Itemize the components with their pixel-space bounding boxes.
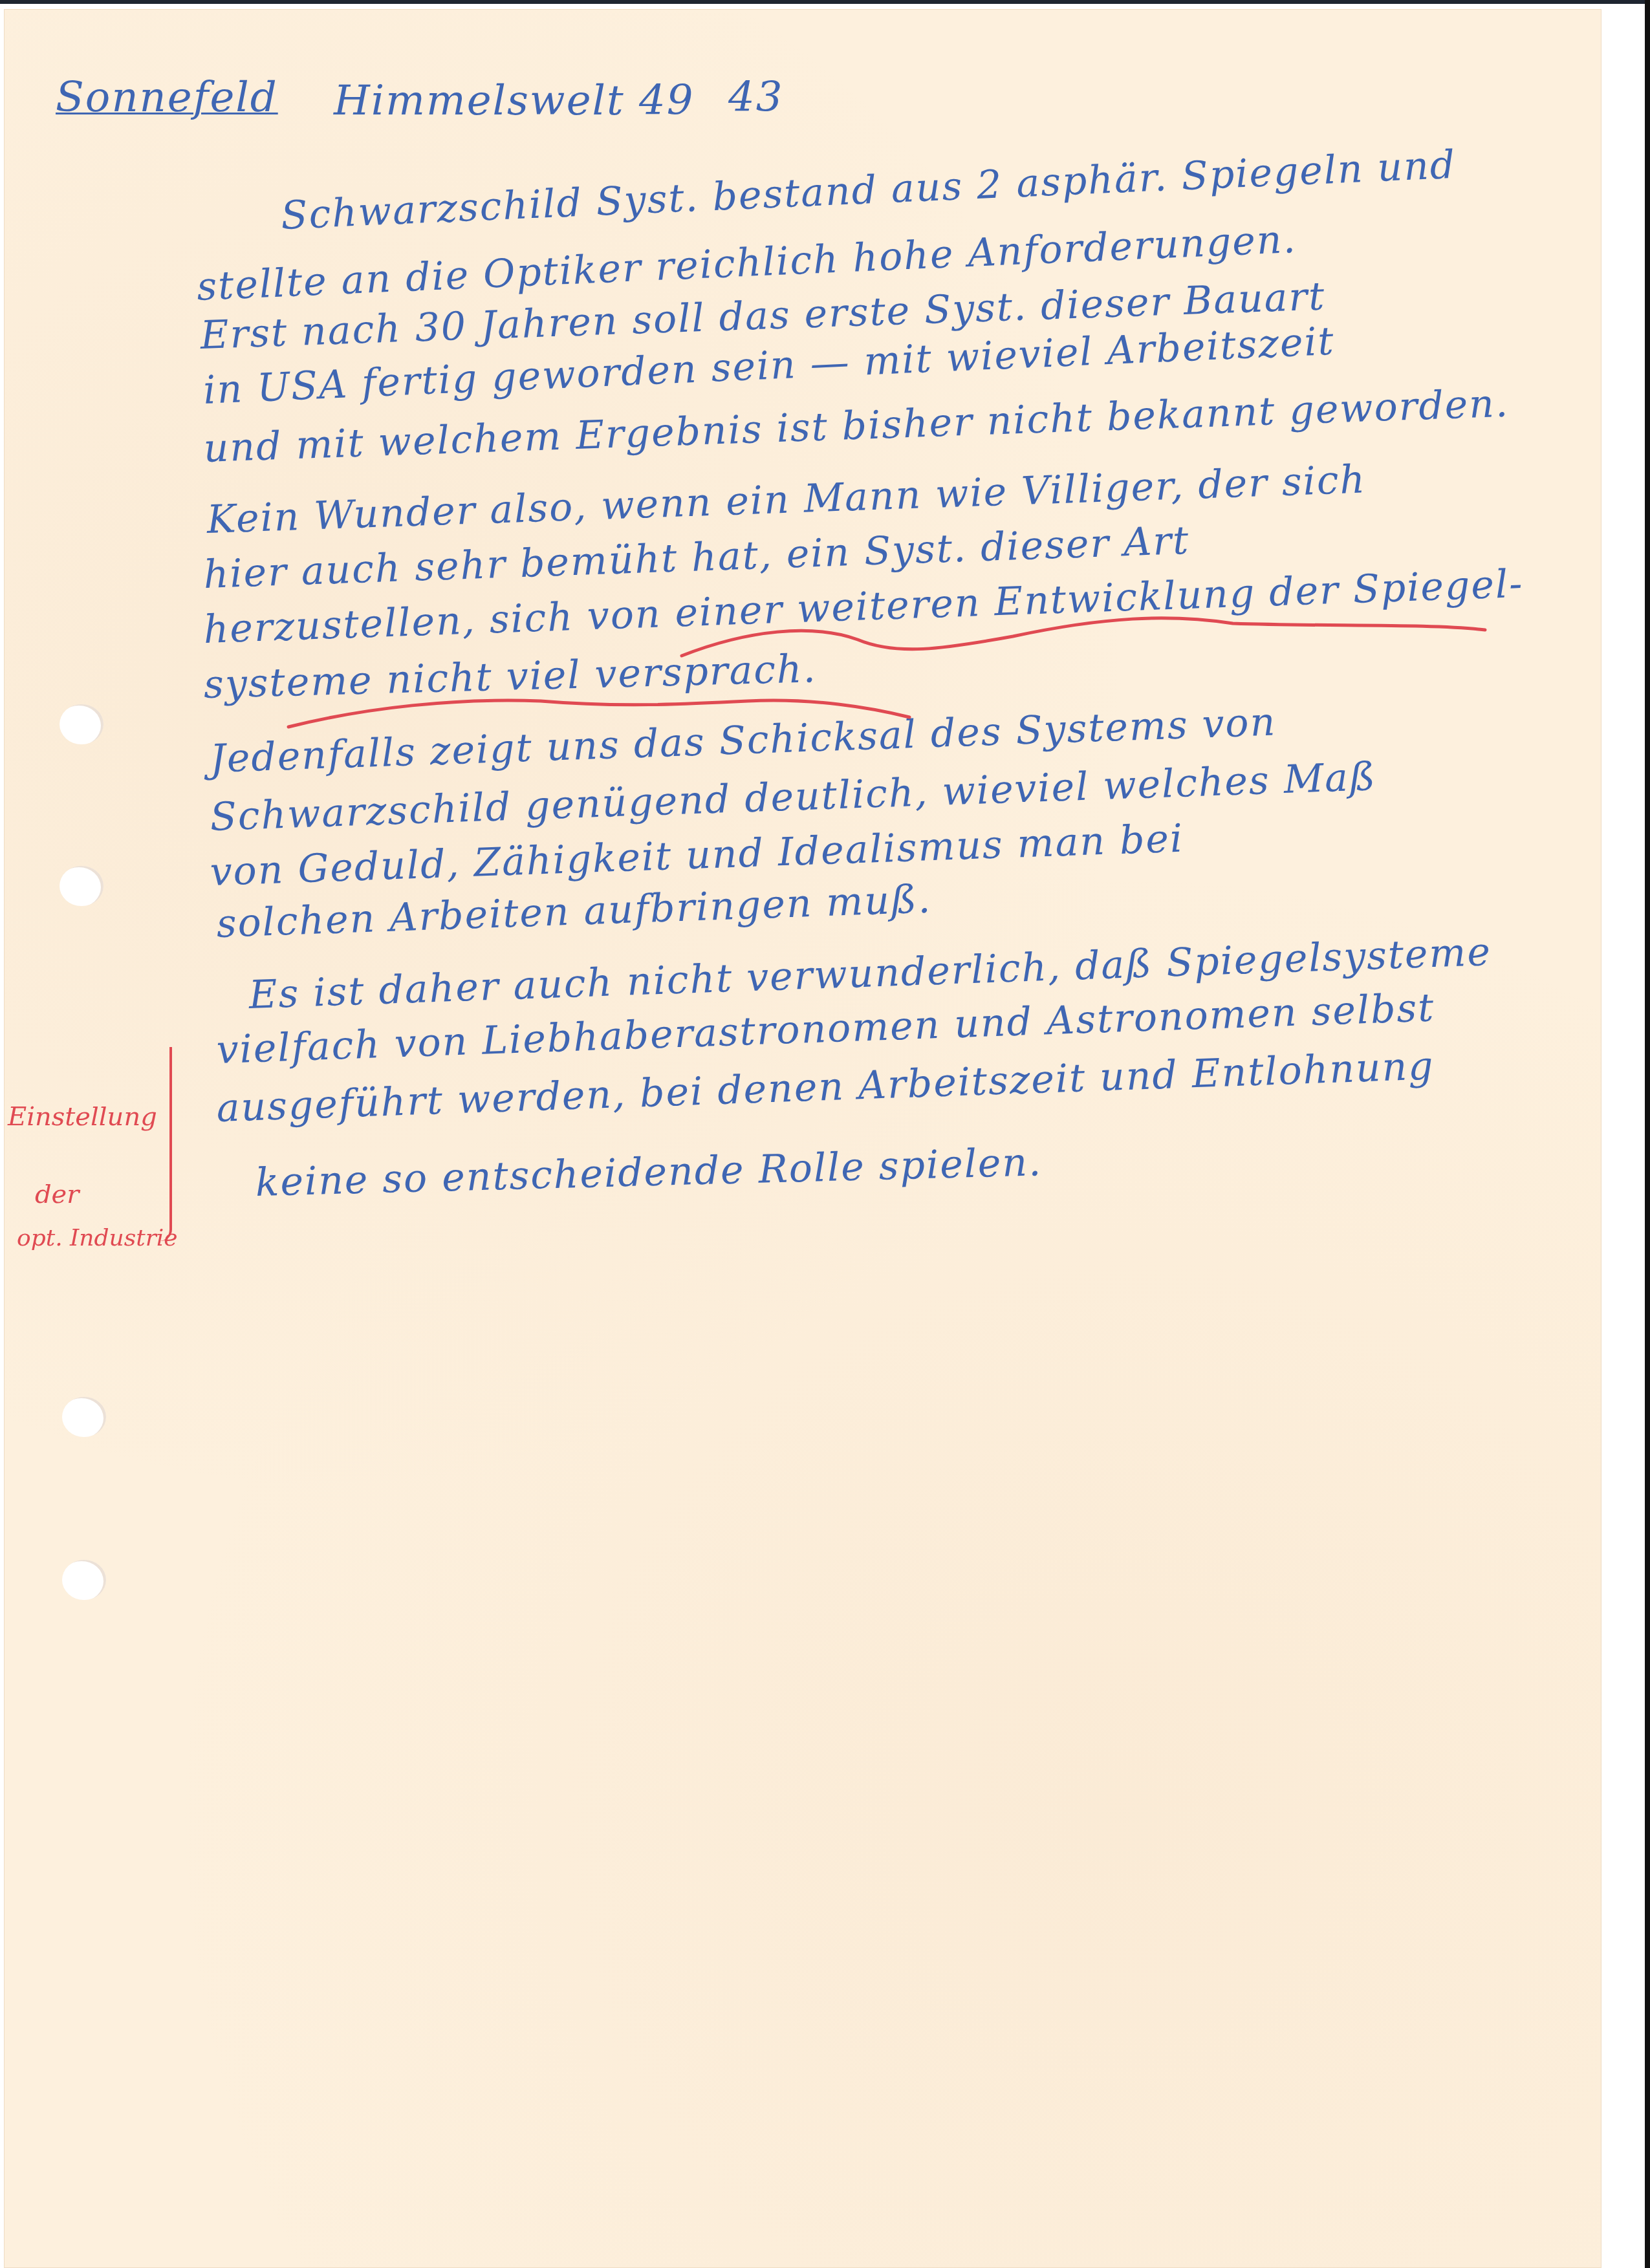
- text-line-6: Kein Wunder also, wenn ein Mann wie Vill…: [206, 457, 1367, 543]
- margin-note-line-1: Einstellung: [8, 1102, 157, 1132]
- punch-hole-1: [60, 704, 103, 744]
- margin-note-line-2: der: [35, 1180, 79, 1209]
- text-line-9: systeme nicht viel versprach.: [203, 646, 817, 707]
- paper-sheet: Sonnefeld Himmelswelt 49 43 Schwarzschil…: [4, 9, 1601, 2268]
- scanner-right-edge: [1645, 0, 1650, 2268]
- punch-hole-2: [60, 866, 103, 906]
- heading-source: Himmelswelt 49: [334, 77, 694, 125]
- heading-year: 43: [728, 74, 783, 122]
- scanner-top-edge: [0, 0, 1650, 4]
- text-line-17: keine so entscheidende Rolle spielen.: [255, 1139, 1043, 1205]
- heading-author: Sonnefeld: [56, 74, 278, 122]
- punch-hole-3: [62, 1397, 106, 1437]
- punch-hole-4: [62, 1560, 106, 1600]
- margin-bracket: [154, 1047, 172, 1241]
